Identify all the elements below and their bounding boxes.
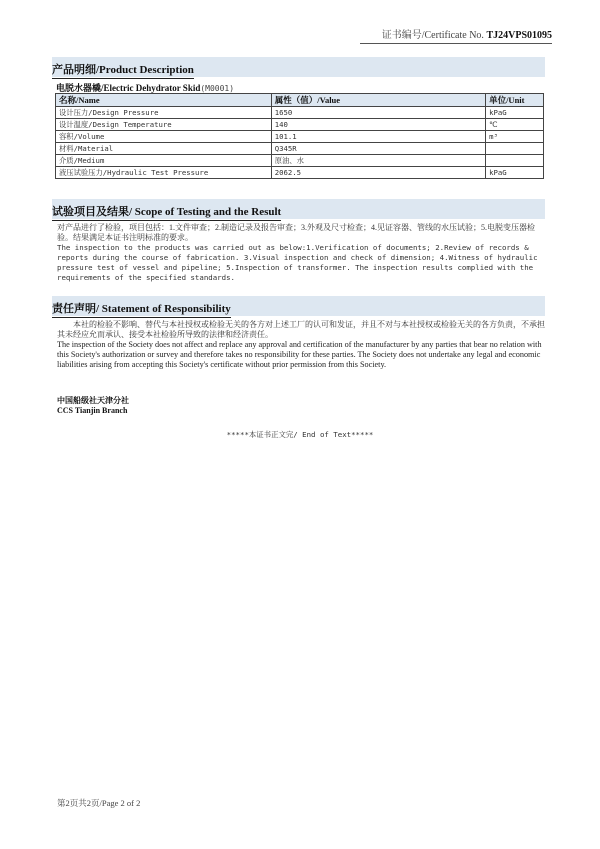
table-row: 液压试验压力/Hydraulic Test Pressure 2062.5 kP… [56,167,544,179]
scope-text: 对产品进行了检验，项目包括：1.文件审查；2.制造记录及报告审查；3.外观及尺寸… [57,223,547,283]
cell-unit [486,155,544,167]
cell-value: Q345R [271,143,485,155]
cell-value: 2062.5 [271,167,485,179]
table-row: 材料/Material Q345R [56,143,544,155]
certificate-number-header: 证书编号/Certificate No. TJ24VPS01095 [360,26,552,44]
responsibility-text-cn: 本社的检验不影响、替代与本社授权或检验无关的各方对上述工厂的认可和发证，并且不对… [57,320,547,340]
table-row: 容积/Volume 101.1 m³ [56,131,544,143]
cell-value: 140 [271,119,485,131]
table-header-row: 名称/Name 属性（值）/Value 单位/Unit [56,94,544,107]
cell-name: 介质/Medium [56,155,272,167]
scope-text-cn: 对产品进行了检验，项目包括：1.文件审查；2.制造记录及报告审查；3.外观及尺寸… [57,223,547,243]
cell-value: 101.1 [271,131,485,143]
cell-unit: kPaG [486,167,544,179]
end-of-text-marker: *****本证书正文完/ End of Text***** [0,429,600,440]
branch-name-cn: 中国船级社天津分社 [57,396,129,406]
cell-unit [486,143,544,155]
cell-name: 设计压力/Design Pressure [56,107,272,119]
table-row: 设计压力/Design Pressure 1650 kPaG [56,107,544,119]
column-header-value: 属性（值）/Value [271,94,485,107]
column-header-name: 名称/Name [56,94,272,107]
table-row: 介质/Medium 原油、水 [56,155,544,167]
cell-name: 设计温度/Design Temperature [56,119,272,131]
cell-unit: ℃ [486,119,544,131]
responsibility-text: 本社的检验不影响、替代与本社授权或检验无关的各方对上述工厂的认可和发证，并且不对… [57,320,547,370]
cell-value: 原油、水 [271,155,485,167]
column-header-unit: 单位/Unit [486,94,544,107]
cell-unit: m³ [486,131,544,143]
responsibility-text-en: The inspection of the Society does not a… [57,340,547,370]
product-description-section-bar: 产品明细/Product Description [52,57,545,77]
section-title-scope: 试验项目及结果/ Scope of Testing and the Result [52,203,281,221]
cell-name: 材料/Material [56,143,272,155]
product-spec-table: 名称/Name 属性（值）/Value 单位/Unit 设计压力/Design … [55,93,544,179]
scope-section-bar: 试验项目及结果/ Scope of Testing and the Result [52,199,545,219]
responsibility-section-bar: 责任声明/ Statement of Responsibility [52,296,545,316]
issuing-branch: 中国船级社天津分社 CCS Tianjin Branch [57,396,129,416]
branch-name-en: CCS Tianjin Branch [57,406,129,416]
section-title-product-description: 产品明细/Product Description [52,61,194,79]
certificate-label: 证书编号/Certificate No. [382,30,487,41]
page-number: 第2页共2页/Page 2 of 2 [57,797,140,809]
cell-name: 容积/Volume [56,131,272,143]
section-title-responsibility: 责任声明/ Statement of Responsibility [52,300,231,318]
scope-text-en: The inspection to the products was carri… [57,243,547,283]
product-code: (M0001) [200,84,234,93]
certificate-number: TJ24VPS01095 [486,30,552,41]
product-name-text: 电脱水器橇/Electric Dehydrator Skid [56,83,200,93]
cell-value: 1650 [271,107,485,119]
table-row: 设计温度/Design Temperature 140 ℃ [56,119,544,131]
cell-unit: kPaG [486,107,544,119]
cell-name: 液压试验压力/Hydraulic Test Pressure [56,167,272,179]
